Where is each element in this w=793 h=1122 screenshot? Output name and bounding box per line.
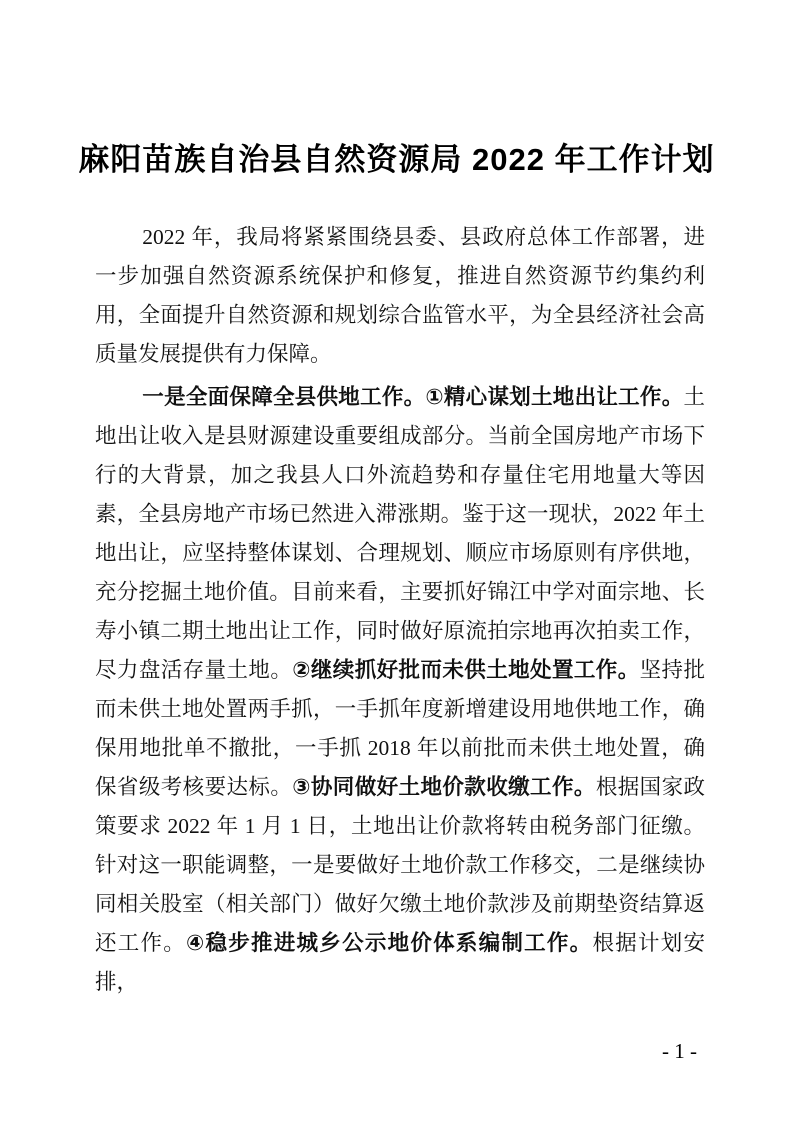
page-number: - 1 - bbox=[662, 1036, 697, 1066]
paragraph-intro: 2022 年，我局将紧紧围绕县委、县政府总体工作部署，进一步加强自然资源系统保护… bbox=[95, 218, 705, 374]
body-text: 土地出让收入是县财源建设重要组成部分。当前全国房地产市场下行的大背景，加之我县人… bbox=[95, 385, 705, 682]
emphasis-text: ③协同做好土地价款收缴工作。 bbox=[292, 775, 596, 799]
paragraph-section-1: 一是全面保障全县供地工作。①精心谋划土地出让工作。土地出让收入是县财源建设重要组… bbox=[95, 378, 705, 1002]
body-text: 根据国家政策要求 2022 年 1 月 1 日，土地出让价款将转由税务部门征缴。… bbox=[95, 775, 705, 955]
body-text: 2022 年，我局将紧紧围绕县委、县政府总体工作部署，进一步加强自然资源系统保护… bbox=[95, 225, 705, 366]
document-body: 2022 年，我局将紧紧围绕县委、县政府总体工作部署，进一步加强自然资源系统保护… bbox=[95, 218, 705, 1002]
emphasis-text: ④稳步推进城乡公示地价体系编制工作。 bbox=[186, 931, 592, 955]
document-title: 麻阳苗族自治县自然资源局 2022 年工作计划 bbox=[0, 0, 793, 180]
emphasis-text: ②继续抓好批而未供土地处置工作。 bbox=[292, 658, 639, 682]
document-page: 麻阳苗族自治县自然资源局 2022 年工作计划 2022 年，我局将紧紧围绕县委… bbox=[0, 0, 793, 1122]
emphasis-text: 一是全面保障全县供地工作。①精心谋划土地出让工作。 bbox=[142, 385, 683, 409]
